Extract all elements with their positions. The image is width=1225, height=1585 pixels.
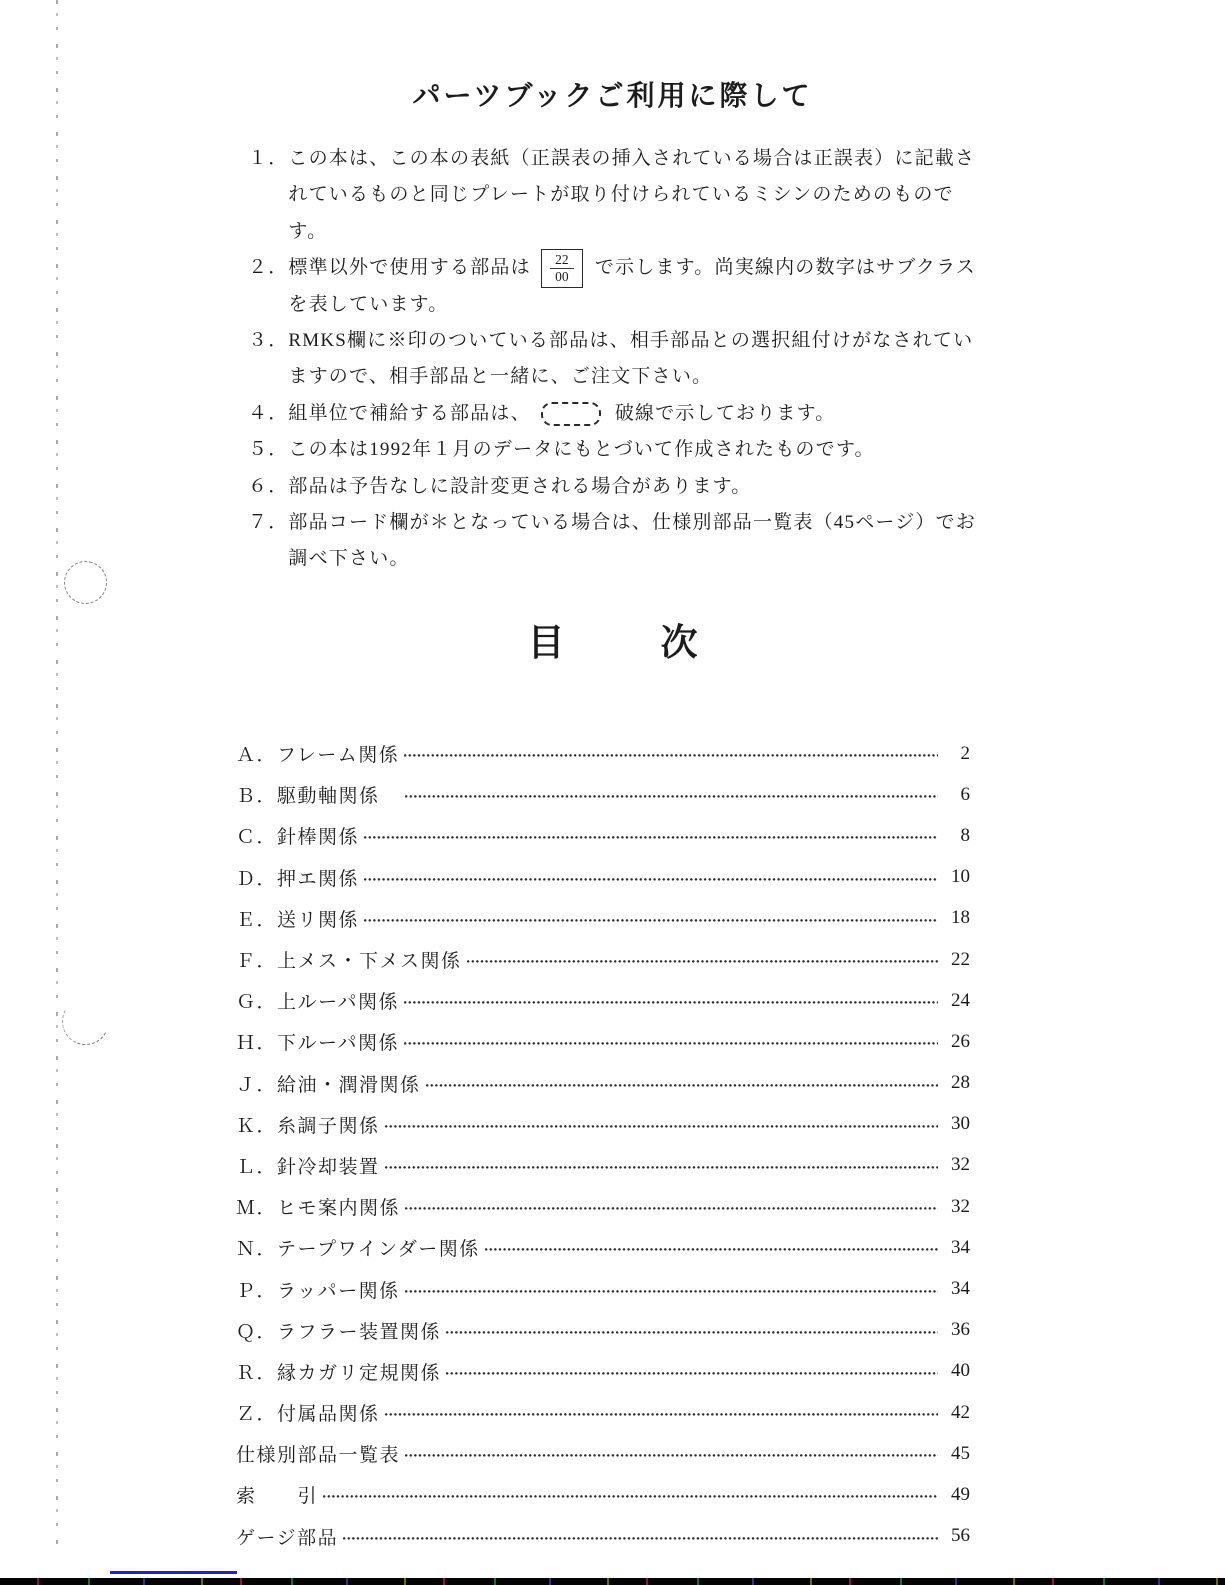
- toc-entry-label: Ｍ．ヒモ案内関係: [236, 1193, 400, 1220]
- toc-entry-label: Ｎ．テープワインダー関係: [236, 1234, 480, 1261]
- dotted-leader: [403, 753, 938, 758]
- dotted-leader: [484, 1247, 938, 1252]
- toc-entry-label: 仕様別部品一覧表: [236, 1440, 400, 1467]
- instruction-number: ２．: [248, 250, 288, 323]
- toc-entry-label: Ｊ．給油・潤滑関係: [236, 1070, 421, 1097]
- toc-entry-page: 56: [940, 1525, 970, 1547]
- dotted-leader: [466, 959, 938, 964]
- hole-punch-mark-top: [60, 557, 111, 608]
- toc-entry: Ｂ．駆動軸関係 6: [236, 774, 970, 815]
- hole-punch-mark-bottom: [56, 992, 114, 1050]
- dotted-leader: [363, 877, 938, 882]
- toc-entry: 索 引49: [236, 1474, 970, 1515]
- instruction-number: ４．: [248, 396, 288, 432]
- subclass-code-top: 22: [550, 252, 574, 269]
- toc-entry-page: 2: [940, 743, 970, 765]
- toc-entry-page: 45: [940, 1443, 970, 1465]
- instruction-item-1: １． この本は、この本の表紙（正誤表の挿入されている場合は正誤表）に記載さ れて…: [248, 141, 990, 250]
- dotted-leader: [384, 1124, 938, 1129]
- toc-entry: Ｍ．ヒモ案内関係32: [236, 1186, 970, 1227]
- toc-entry: Ｆ．上メス・下メス関係22: [236, 939, 970, 980]
- instruction-item-5: ５． この本は1992年１月のデータにもとづいて作成されたものです。: [248, 432, 990, 468]
- toc-entry-page: 30: [940, 1113, 970, 1135]
- instruction-text: RMKS欄に※印のついている部品は、相手部品との選択組付けがなされてい ますので…: [288, 323, 990, 396]
- dotted-leader: [445, 1330, 938, 1335]
- toc-entry-page: 28: [940, 1072, 970, 1094]
- instruction-item-6: ６． 部品は予告なしに設計変更される場合があります。: [248, 469, 990, 505]
- toc-entry-page: 42: [940, 1402, 970, 1424]
- toc-entry-label: Ｋ．糸調子関係: [236, 1111, 380, 1138]
- instruction-text: この本は、この本の表紙（正誤表の挿入されている場合は正誤表）に記載さ れているも…: [288, 141, 990, 250]
- toc-entry: Ｃ．針棒関係8: [236, 815, 970, 856]
- instruction-item-7: ７． 部品コード欄が＊となっている場合は、仕様別部品一覧表（45ページ）でお 調…: [248, 505, 990, 578]
- toc-entry-label: Ｇ．上ルーパ関係: [236, 987, 399, 1014]
- dotted-leader: [363, 918, 938, 923]
- instruction-number: ６．: [248, 469, 288, 505]
- toc-entry-label: Ｑ．ラフラー装置関係: [236, 1317, 441, 1344]
- toc-entry-label: Ｈ．下ルーパ関係: [236, 1028, 399, 1055]
- toc-entry-page: 32: [940, 1196, 970, 1218]
- toc-entry-page: 26: [940, 1031, 970, 1053]
- dotted-leader: [363, 835, 938, 840]
- instruction-number: ３．: [248, 323, 288, 396]
- toc-entry: Ｇ．上ルーパ関係24: [236, 980, 970, 1021]
- toc-entry: Ｈ．下ルーパ関係26: [236, 1021, 970, 1062]
- toc-entry-label: Ｚ．付属品関係: [236, 1399, 380, 1426]
- toc-heading: 目 次: [0, 612, 1225, 666]
- scanned-document-page: パーツブックご利用に際して １． この本は、この本の表紙（正誤表の挿入されている…: [0, 0, 1225, 1585]
- page-edge-dash-line: [56, 0, 58, 1552]
- toc-entry: Ｐ．ラッパー関係34: [236, 1268, 970, 1309]
- dotted-leader: [404, 1289, 938, 1294]
- dotted-leader: [322, 1494, 938, 1499]
- toc-entry: Ａ．フレーム関係2: [236, 733, 970, 774]
- instruction-text: この本は1992年１月のデータにもとづいて作成されたものです。: [288, 432, 990, 468]
- dotted-leader: [404, 1453, 938, 1458]
- toc-entry: 仕様別部品一覧表45: [236, 1433, 970, 1474]
- toc-entry: Ｄ．押エ関係10: [236, 857, 970, 898]
- toc-entry-page: 49: [940, 1484, 970, 1506]
- dotted-leader: [445, 1371, 938, 1376]
- instruction-item-4: ４． 組単位で補給する部品は、破線で示しております。: [248, 396, 990, 432]
- toc-entry-label: Ｒ．縁カガリ定規関係: [236, 1358, 441, 1385]
- toc-entry: Ｋ．糸調子関係30: [236, 1104, 970, 1145]
- toc-entry-label: Ｂ．駆動軸関係: [236, 781, 400, 808]
- toc-entry-label: Ｅ．送リ関係: [236, 905, 359, 932]
- instruction-number: ７．: [248, 505, 288, 578]
- toc-entry-page: 24: [940, 990, 970, 1012]
- dotted-leader: [384, 1165, 938, 1170]
- toc-entry-label: Ｄ．押エ関係: [236, 864, 359, 891]
- instruction-number: １．: [248, 141, 288, 250]
- instruction-text: 標準以外で使用する部品は2200で示します。尚実線内の数字はサブクラス を表して…: [288, 250, 990, 323]
- instruction-text-after: 破線で示しております。: [615, 403, 836, 424]
- toc-entry-label: 索 引: [236, 1481, 318, 1508]
- toc-entry: Ｌ．針冷却装置32: [236, 1145, 970, 1186]
- toc-entry: Ｚ．付属品関係42: [236, 1392, 970, 1433]
- toc-entry-label: Ｐ．ラッパー関係: [236, 1276, 400, 1303]
- toc-entry-label: Ｌ．針冷却装置: [236, 1152, 380, 1179]
- toc-entry-page: 22: [940, 949, 970, 971]
- table-of-contents: Ａ．フレーム関係2 Ｂ．駆動軸関係 6 Ｃ．針棒関係8 Ｄ．押エ関係10 Ｅ．送…: [236, 733, 970, 1557]
- instruction-item-2: ２． 標準以外で使用する部品は2200で示します。尚実線内の数字はサブクラス を…: [248, 250, 990, 323]
- toc-entry: Ｎ．テープワインダー関係34: [236, 1227, 970, 1268]
- toc-entry-page: 18: [940, 907, 970, 929]
- instruction-number: ５．: [248, 432, 288, 468]
- instruction-text: 組単位で補給する部品は、破線で示しております。: [288, 396, 990, 432]
- dashed-group-box: [541, 402, 601, 426]
- instruction-text: 部品は予告なしに設計変更される場合があります。: [288, 469, 990, 505]
- toc-entry-page: 36: [940, 1319, 970, 1341]
- toc-entry-label: Ｃ．針棒関係: [236, 822, 359, 849]
- toc-heading-char-left: 目: [528, 612, 565, 666]
- toc-heading-char-right: 次: [661, 612, 698, 666]
- toc-entry: ゲージ部品56: [236, 1516, 970, 1557]
- toc-entry: Ｊ．給油・潤滑関係28: [236, 1063, 970, 1104]
- toc-entry: Ｅ．送リ関係18: [236, 898, 970, 939]
- toc-entry-page: 6: [940, 784, 970, 806]
- instructions-list: １． この本は、この本の表紙（正誤表の挿入されている場合は正誤表）に記載さ れて…: [248, 141, 990, 578]
- toc-entry-page: 32: [940, 1154, 970, 1176]
- dotted-leader: [404, 1206, 938, 1211]
- dotted-leader: [425, 1083, 938, 1088]
- instruction-text-before: 標準以外で使用する部品は: [288, 257, 530, 278]
- dotted-leader: [403, 1000, 938, 1005]
- toc-entry-page: 8: [940, 825, 970, 847]
- toc-entry-page: 34: [940, 1278, 970, 1300]
- toc-entry-label: Ｆ．上メス・下メス関係: [236, 946, 462, 973]
- instruction-item-3: ３． RMKS欄に※印のついている部品は、相手部品との選択組付けがなされてい ま…: [248, 323, 990, 396]
- dotted-leader: [403, 1041, 938, 1046]
- dotted-leader: [384, 1412, 938, 1417]
- toc-entry-label: Ａ．フレーム関係: [236, 740, 399, 767]
- dotted-leader: [342, 1536, 938, 1541]
- toc-entry: Ｒ．縁カガリ定規関係40: [236, 1351, 970, 1392]
- instruction-text-before: 組単位で補給する部品は、: [288, 403, 530, 424]
- toc-entry-label: ゲージ部品: [236, 1523, 338, 1550]
- page-title: パーツブックご利用に際して: [0, 74, 1225, 114]
- toc-entry: Ｑ．ラフラー装置関係36: [236, 1310, 970, 1351]
- instruction-text: 部品コード欄が＊となっている場合は、仕様別部品一覧表（45ページ）でお 調べ下さ…: [288, 505, 990, 578]
- scan-edge-bar: [0, 1578, 1225, 1585]
- toc-entry-page: 10: [940, 866, 970, 888]
- dotted-leader: [404, 794, 938, 799]
- toc-entry-page: 34: [940, 1237, 970, 1259]
- toc-entry-page: 40: [940, 1360, 970, 1382]
- subclass-code-box: 2200: [541, 249, 583, 288]
- blue-underline-mark: [110, 1571, 237, 1574]
- subclass-code-bottom: 00: [542, 269, 582, 285]
